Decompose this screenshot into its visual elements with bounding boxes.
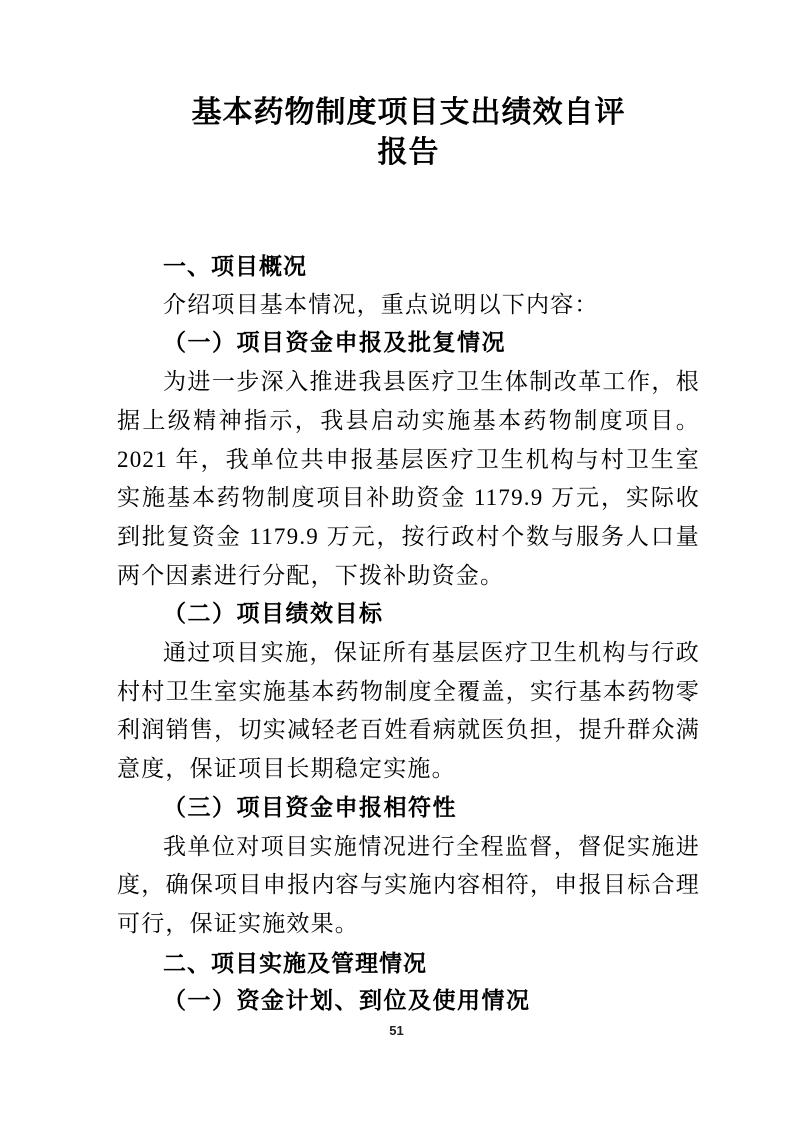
document-title-line-2: 报告 (378, 136, 440, 169)
sub-heading-1-1: （一）项目资金申报及批复情况 (117, 324, 700, 363)
paragraph-performance-goal: 通过项目实施，保证所有基层医疗卫生机构与行政村村卫生室实施基本药物制度全覆盖，实… (117, 634, 700, 789)
paragraph-application-conformity: 我单位对项目实施情况进行全程监督，督促实施进度，确保项目申报内容与实施内容相符，… (117, 828, 700, 944)
document-body: 基本药物制度项目支出绩效自评报告 一、项目概况 介绍项目基本情况，重点说明以下内… (117, 93, 700, 1021)
section-heading-2: 二、项目实施及管理情况 (117, 944, 700, 983)
paragraph-funding-application: 为进一步深入推进我县医疗卫生体制改革工作，根据上级精神指示，我县启动实施基本药物… (117, 363, 700, 595)
sub-heading-1-3: （三）项目资金申报相符性 (117, 789, 700, 828)
document-page: 基本药物制度项目支出绩效自评报告 一、项目概况 介绍项目基本情况，重点说明以下内… (0, 0, 793, 1122)
sub-heading-1-2: （二）项目绩效目标 (117, 595, 700, 634)
document-title: 基本药物制度项目支出绩效自评报告 (117, 93, 700, 173)
sub-heading-2-1: （一）资金计划、到位及使用情况 (117, 982, 700, 1021)
page-number: 51 (0, 1023, 793, 1038)
document-title-line-1: 基本药物制度项目支出绩效自评 (192, 96, 626, 129)
intro-paragraph: 介绍项目基本情况，重点说明以下内容： (117, 286, 700, 325)
section-heading-1: 一、项目概况 (117, 247, 700, 286)
